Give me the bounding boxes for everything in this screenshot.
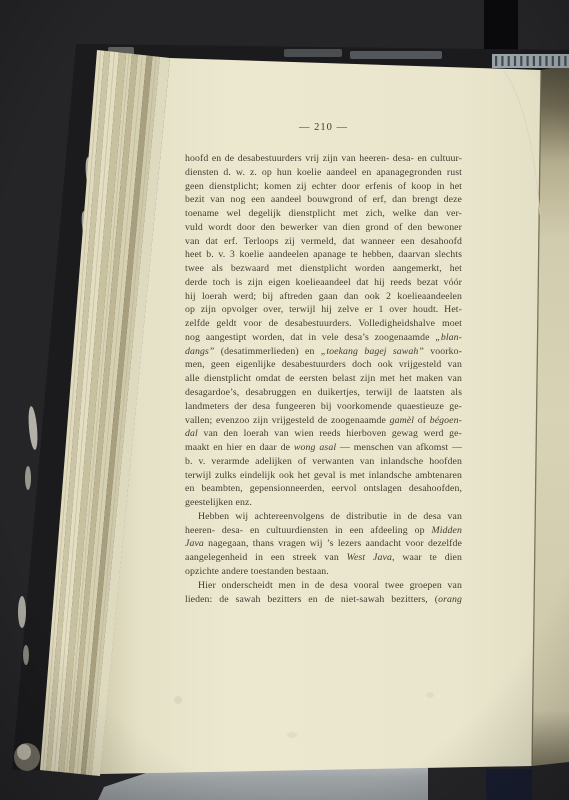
text-line: lieden: de sawah bezitters en de niet-sa… (185, 593, 462, 607)
text-line: dal van den loerah van wien reeds hierbo… (185, 427, 462, 441)
text-line: twee als bezwaard met dienstplicht worde… (185, 262, 462, 276)
text-line: maakt en hier en daar de wong asal — men… (185, 441, 462, 455)
text-line: zelfde geldt voor de desabestuurders. Vo… (185, 317, 462, 331)
text-line: desagardoe’s, desabruggen en duikertjes,… (185, 386, 462, 400)
text-line: vallen; evenzoo zijn vrijgesteld de zoog… (185, 414, 462, 428)
text-line: van dat erf. Terloops zij vermeld, dat w… (185, 235, 462, 249)
text-line: derde toch is zijn eigen koelieaandeel d… (185, 276, 462, 290)
text-line: opzichte andere toestanden bestaan. (185, 565, 462, 579)
text-line: terwijl zulks eindelijk ook het geval is… (185, 469, 462, 483)
photo-backdrop: — 210 — hoofd en de desabestuurders vrij… (0, 0, 569, 800)
text-line: geestelijken enz. (185, 496, 462, 510)
text-line: alle dienstplicht omdat de eersten belas… (185, 372, 462, 386)
text-line: diensten d. w. z. op hun koelie aandeel … (185, 166, 462, 180)
text-line: Hebben wij achtereenvolgens de distribut… (185, 510, 462, 524)
text-line: Java nagegaan, thans vragen wij ’s lezer… (185, 537, 462, 551)
text-line: heeren- desa- en cultuurdiensten in een … (185, 524, 462, 538)
text-line: men, geen eigenlijke desabestuurders doc… (185, 358, 462, 372)
text-line: bezit van nog een aandeel bouwgrond of e… (185, 193, 462, 207)
text-line: vuld wordt door den bewerker van dien gr… (185, 221, 462, 235)
page-number: — 210 — (185, 122, 462, 133)
text-line: toename wel degelijk dienstplicht met zi… (185, 207, 462, 221)
text-line: hij loerah werd; bij aftreden gaan dan o… (185, 290, 462, 304)
text-line: landmeters der desa fungeeren bij voorko… (185, 400, 462, 414)
text-line: nog aangestipt worden, dat in vele desa’… (185, 331, 462, 345)
text-line: op zijn opvolger over, terwijl hij zelve… (185, 303, 462, 317)
body-text: hoofd en de desabestuurders vrij zijn va… (185, 152, 462, 606)
text-line: geen dienstplicht; komen zij echter door… (185, 180, 462, 194)
text-line: en beambten, gepensionneerden, eervol on… (185, 482, 462, 496)
text-line: b. v. verarmde adelijken of verwanten va… (185, 455, 462, 469)
text-line: hoofd en de desabestuurders vrij zijn va… (185, 152, 462, 166)
text-line: aangelegenheid in een streek van West Ja… (185, 551, 462, 565)
text-line: heet b. v. 3 koelie aandeelen apanage te… (185, 248, 462, 262)
text-line: dangs” (desatimmerlieden) en „toekang ba… (185, 345, 462, 359)
text-line: Hier onderscheidt men in de desa vooral … (185, 579, 462, 593)
